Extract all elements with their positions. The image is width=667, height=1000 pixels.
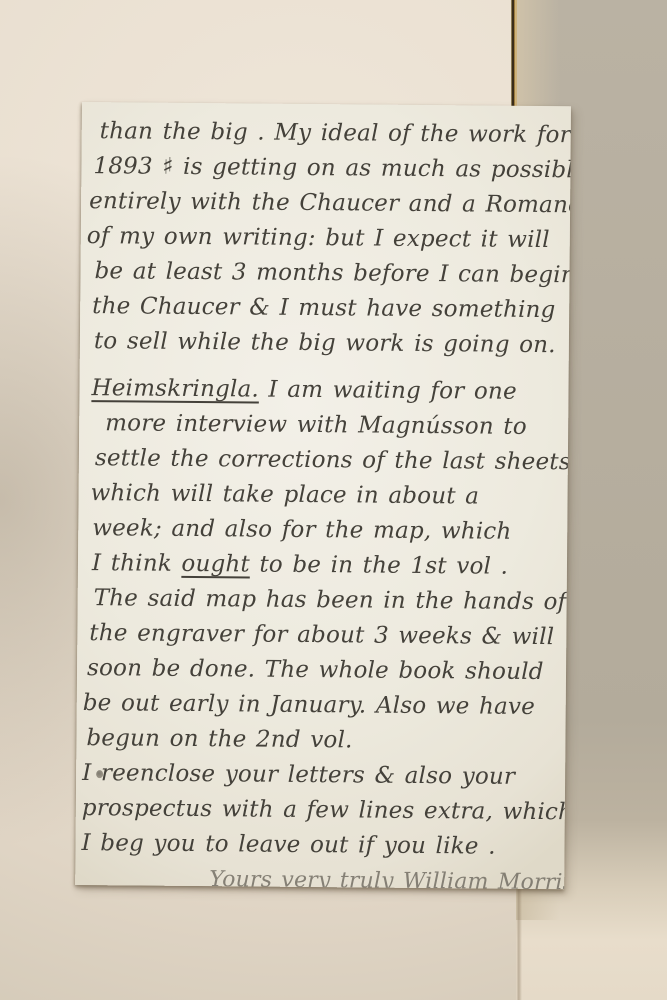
letter-text: than the big . My ideal of the work for1… [81,114,567,889]
letter-line-2: 1893 ♯ is getting on as much as possible [93,149,566,188]
underlined-word: Heimskringla. [91,375,259,402]
letter-line-17: be out early in January. Also we have [83,686,562,725]
letter-line-18: begun on the 2nd vol. [86,721,561,760]
underlined-word: ought [181,551,250,578]
page-edge-line [511,0,517,112]
letter-line-10: settle the corrections of the last sheet… [95,441,564,480]
letter-line-9: more interview with Magnússon to [105,406,564,445]
photo-of-letter: than the big . My ideal of the work for1… [0,0,667,1000]
letter-line-21: I beg you to leave out if you like . [81,826,560,865]
signature-line: Yours very truly William Morris [81,861,571,889]
letter-line-14: The said map has been in the hands of [94,581,563,620]
letter-line-6: the Chaucer & I must have something [92,289,565,328]
ink-blot [96,770,103,778]
letter-line-19: I reenclose your letters & also your [82,756,561,795]
letter-line-16: soon be done. The whole book should [87,651,562,690]
letter-line-11: which will take place in about a [90,476,563,515]
letter-line-12: week; and also for the map, which [92,511,563,550]
letter-line-13: I think ought to be in the 1st vol . [92,546,563,585]
letter-line-1: than the big . My ideal of the work for [100,114,567,153]
letter-line-8: Heimskringla. I am waiting for one [91,371,564,410]
letter-line-15: the engraver for about 3 weeks & will [89,616,562,655]
letter-line-20: prospectus with a few lines extra, which [82,791,561,830]
letter-line-4: of my own writing: but I expect it will [87,219,566,258]
letter-line-3: entirely with the Chaucer and a Romance [89,184,566,223]
letter-sheet: than the big . My ideal of the work for1… [75,102,571,889]
letter-line-5: be at least 3 months before I can begin [94,254,565,293]
gutter-crease-line [516,886,522,1000]
letter-line-7: to sell while the big work is going on. [94,324,565,363]
